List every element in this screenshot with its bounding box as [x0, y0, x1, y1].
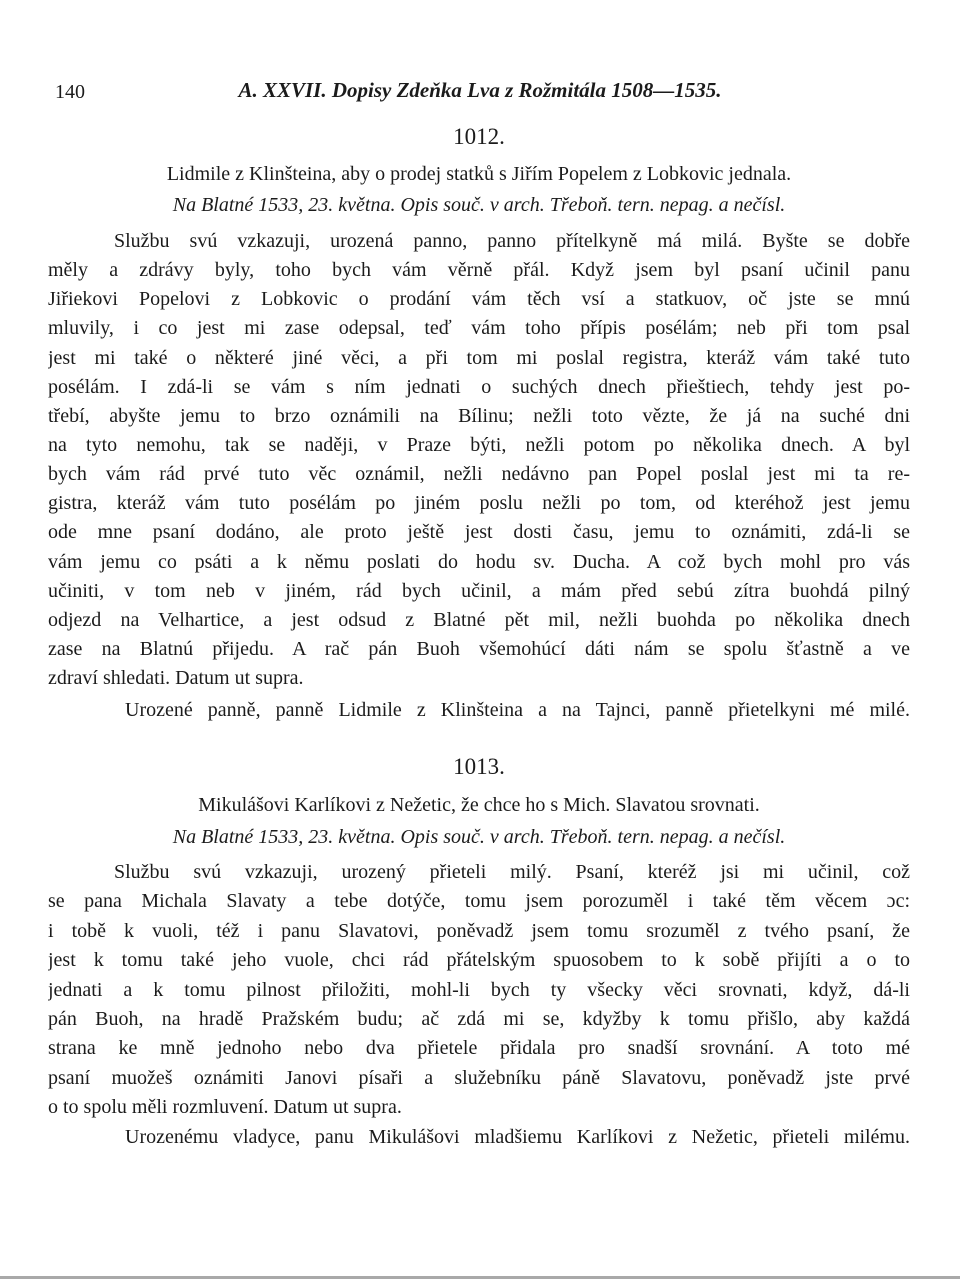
letter-address: Urozené panně, panně Lidmile z Klinštein… — [48, 696, 910, 725]
body-line: jest k tomu také jeho vuole, chci rád př… — [48, 946, 910, 975]
letter-dateline: Na Blatné 1533, 23. května. Opis souč. v… — [48, 192, 910, 218]
body-line: Službu svú vzkazuji, urozený přieteli mi… — [48, 858, 910, 887]
body-line: bych vám rád prvé tuto věc oznámil, nežl… — [48, 460, 910, 489]
letter-address: Urozenému vladyce, panu Mikulášovi mladš… — [48, 1123, 910, 1152]
letter-number: 1012. — [48, 123, 910, 151]
letter-number: 1013. — [48, 753, 910, 781]
body-line: měly a zdrávy byly, toho bych vám věrně … — [48, 256, 910, 285]
letter-body: Službu svú vzkazuji, urozený přieteli mi… — [48, 858, 910, 1123]
body-line: mluvily, i co jest mi zase odepsal, teď … — [48, 314, 910, 343]
letter-dateline: Na Blatné 1533, 23. května. Opis souč. v… — [48, 824, 910, 850]
letter-summary: Lidmile z Klinšteina, aby o prodej statk… — [48, 161, 910, 187]
body-line: na tyto nemohu, tak se naději, v Praze b… — [48, 431, 910, 460]
body-line: třebí, abyšte jemu to brzo oznámili na B… — [48, 402, 910, 431]
scan-edge-rule — [0, 1276, 960, 1279]
body-line: psaní muožeš oznámiti Janovi písaři a sl… — [48, 1064, 910, 1093]
body-line: strana ke mně jednoho nebo dva přietele … — [48, 1034, 910, 1063]
body-line: jednati a k tomu pilnost přiložiti, mohl… — [48, 976, 910, 1005]
running-header: A. XXVII. Dopisy Zdeňka Lva z Rožmitála … — [0, 77, 960, 103]
page: 140 A. XXVII. Dopisy Zdeňka Lva z Rožmit… — [0, 0, 960, 1280]
body-line: ode mne psaní dodáno, ale proto ještě je… — [48, 518, 910, 547]
body-line: odjezd na Velhartice, a jest odsud z Bla… — [48, 606, 910, 635]
body-line: i tobě k vuoli, též i panu Slavatovi, po… — [48, 917, 910, 946]
body-line: gistra, kteráž vám tuto posélám po jiném… — [48, 489, 910, 518]
body-line: Jiřiekovi Popelovi z Lobkovic o prodání … — [48, 285, 910, 314]
body-line: zdraví shledati. Datum ut supra. — [48, 664, 910, 693]
body-line: pán Buoh, na hradě Pražském budu; ač zdá… — [48, 1005, 910, 1034]
body-line: Službu svú vzkazuji, urozená panno, pann… — [48, 227, 910, 256]
body-line: zase na Blatnú přijedu. A rač pán Buoh v… — [48, 635, 910, 664]
body-line: vám jemu co psáti a k němu poslati do ho… — [48, 548, 910, 577]
body-line: jest mi také o některé jiné věci, a při … — [48, 344, 910, 373]
letter-summary: Mikulášovi Karlíkovi z Nežetic, že chce … — [48, 792, 910, 818]
body-line: učiniti, v tom neb v jiném, rád bych uči… — [48, 577, 910, 606]
body-line: posélám. I zdá-li se vám s ním jednati o… — [48, 373, 910, 402]
letter-body: Službu svú vzkazuji, urozená panno, pann… — [48, 227, 910, 693]
body-line: se pana Michala Slavaty a tebe dotýče, t… — [48, 887, 910, 916]
body-line: o to spolu měli rozmluvení. Datum ut sup… — [48, 1093, 910, 1122]
